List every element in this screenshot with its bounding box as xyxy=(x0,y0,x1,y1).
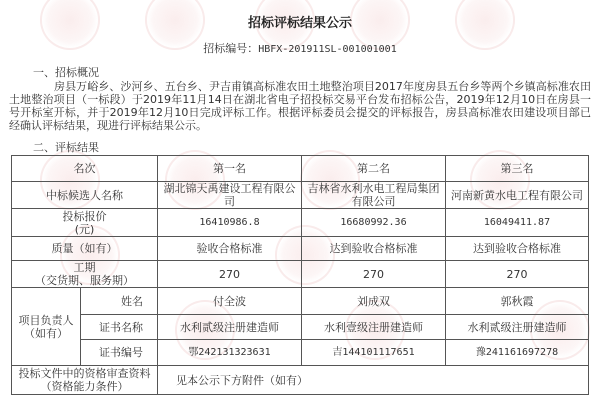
duration-label-line2: （交货期、服务期） xyxy=(14,274,155,287)
rank-first: 第一名 xyxy=(158,156,302,182)
tender-code-label: 招标编号： xyxy=(203,42,258,55)
price-first: 16410986.8 xyxy=(158,209,302,237)
cert-no-first: 鄂242131323631 xyxy=(158,340,302,366)
qualification-value: 见本公示下方附件（如有） xyxy=(158,366,589,395)
quality-second: 达到验收合格标准 xyxy=(302,237,446,261)
duration-second: 270 xyxy=(302,261,446,288)
duration-first: 270 xyxy=(158,261,302,288)
qualification-label-line2: （资格能力条件） xyxy=(14,380,155,393)
qualification-label: 投标文件中的资格审查资料 （资格能力条件） xyxy=(12,366,158,395)
table-row-cert-name: 证书名称 水利贰级注册建造师 水利壹级注册建造师 水利贰级注册建造师 xyxy=(12,315,589,340)
rank-label: 名次 xyxy=(12,156,158,182)
candidate-third: 河南新黄水电工程有限公司 xyxy=(446,182,589,209)
table-row-cert-no: 证书编号 鄂242131323631 吉144101117651 豫241161… xyxy=(12,340,589,366)
table-row-header: 名次 第一名 第二名 第三名 xyxy=(12,156,589,182)
table-row-candidate: 中标候选人名称 湖北锦天禹建设工程有限公司 吉林省水利水电工程局集团有限公司 河… xyxy=(12,182,589,209)
candidate-first: 湖北锦天禹建设工程有限公司 xyxy=(158,182,302,209)
rank-third: 第三名 xyxy=(446,156,589,182)
manager-name-label: 姓名 xyxy=(81,288,158,315)
overview-paragraph: 房县万峪乡、沙河乡、五台乡、尹吉甫镇高标准农田土地整治项目2017年度房县五台乡… xyxy=(9,80,591,132)
table-row-qualification: 投标文件中的资格审查资料 （资格能力条件） 见本公示下方附件（如有） xyxy=(12,366,589,395)
qualification-label-line1: 投标文件中的资格审查资料 xyxy=(14,367,155,380)
table-row-quality: 质量（如有） 验收合格标准 达到验收合格标准 达到验收合格标准 xyxy=(12,237,589,261)
price-label: 投标报价 (元) xyxy=(12,209,158,237)
quality-first: 验收合格标准 xyxy=(158,237,302,261)
price-label-line1: 投标报价 xyxy=(14,210,155,223)
candidate-second: 吉林省水利水电工程局集团有限公司 xyxy=(302,182,446,209)
price-label-line2: (元) xyxy=(14,223,155,236)
price-third: 16049411.87 xyxy=(446,209,589,237)
cert-no-third: 豫241161697278 xyxy=(446,340,589,366)
cert-name-first: 水利贰级注册建造师 xyxy=(158,315,302,340)
section-heading-overview: 一、招标概况 xyxy=(33,64,99,80)
cert-name-third: 水利贰级注册建造师 xyxy=(446,315,589,340)
manager-name-third: 郭秋霞 xyxy=(446,288,589,315)
cert-no-label: 证书编号 xyxy=(81,340,158,366)
table-row-price: 投标报价 (元) 16410986.8 16680992.36 16049411… xyxy=(12,209,589,237)
cert-name-label: 证书名称 xyxy=(81,315,158,340)
candidate-label: 中标候选人名称 xyxy=(12,182,158,209)
rank-second: 第二名 xyxy=(302,156,446,182)
section-heading-results: 二、评标结果 xyxy=(33,139,99,155)
tender-code-line: 招标编号：HBFX-201911SL-001001001 xyxy=(0,40,600,56)
duration-third: 270 xyxy=(446,261,589,288)
tender-code-value: HBFX-201911SL-001001001 xyxy=(258,44,396,55)
manager-name-second: 刘成双 xyxy=(302,288,446,315)
table-row-duration: 工期 （交货期、服务期） 270 270 270 xyxy=(12,261,589,288)
price-second: 16680992.36 xyxy=(302,209,446,237)
table-row-manager-name: 项目负责人（如有） 姓名 付全波 刘成双 郭秋霞 xyxy=(12,288,589,315)
manager-name-first: 付全波 xyxy=(158,288,302,315)
quality-label: 质量（如有） xyxy=(12,237,158,261)
page-title: 招标评标结果公示 xyxy=(0,12,600,31)
cert-name-second: 水利壹级注册建造师 xyxy=(302,315,446,340)
results-table: 名次 第一名 第二名 第三名 中标候选人名称 湖北锦天禹建设工程有限公司 吉林省… xyxy=(11,155,589,395)
cert-no-second: 吉144101117651 xyxy=(302,340,446,366)
duration-label: 工期 （交货期、服务期） xyxy=(12,261,158,288)
duration-label-line1: 工期 xyxy=(14,261,155,274)
quality-third: 达到验收合格标准 xyxy=(446,237,589,261)
manager-label: 项目负责人（如有） xyxy=(12,288,81,366)
